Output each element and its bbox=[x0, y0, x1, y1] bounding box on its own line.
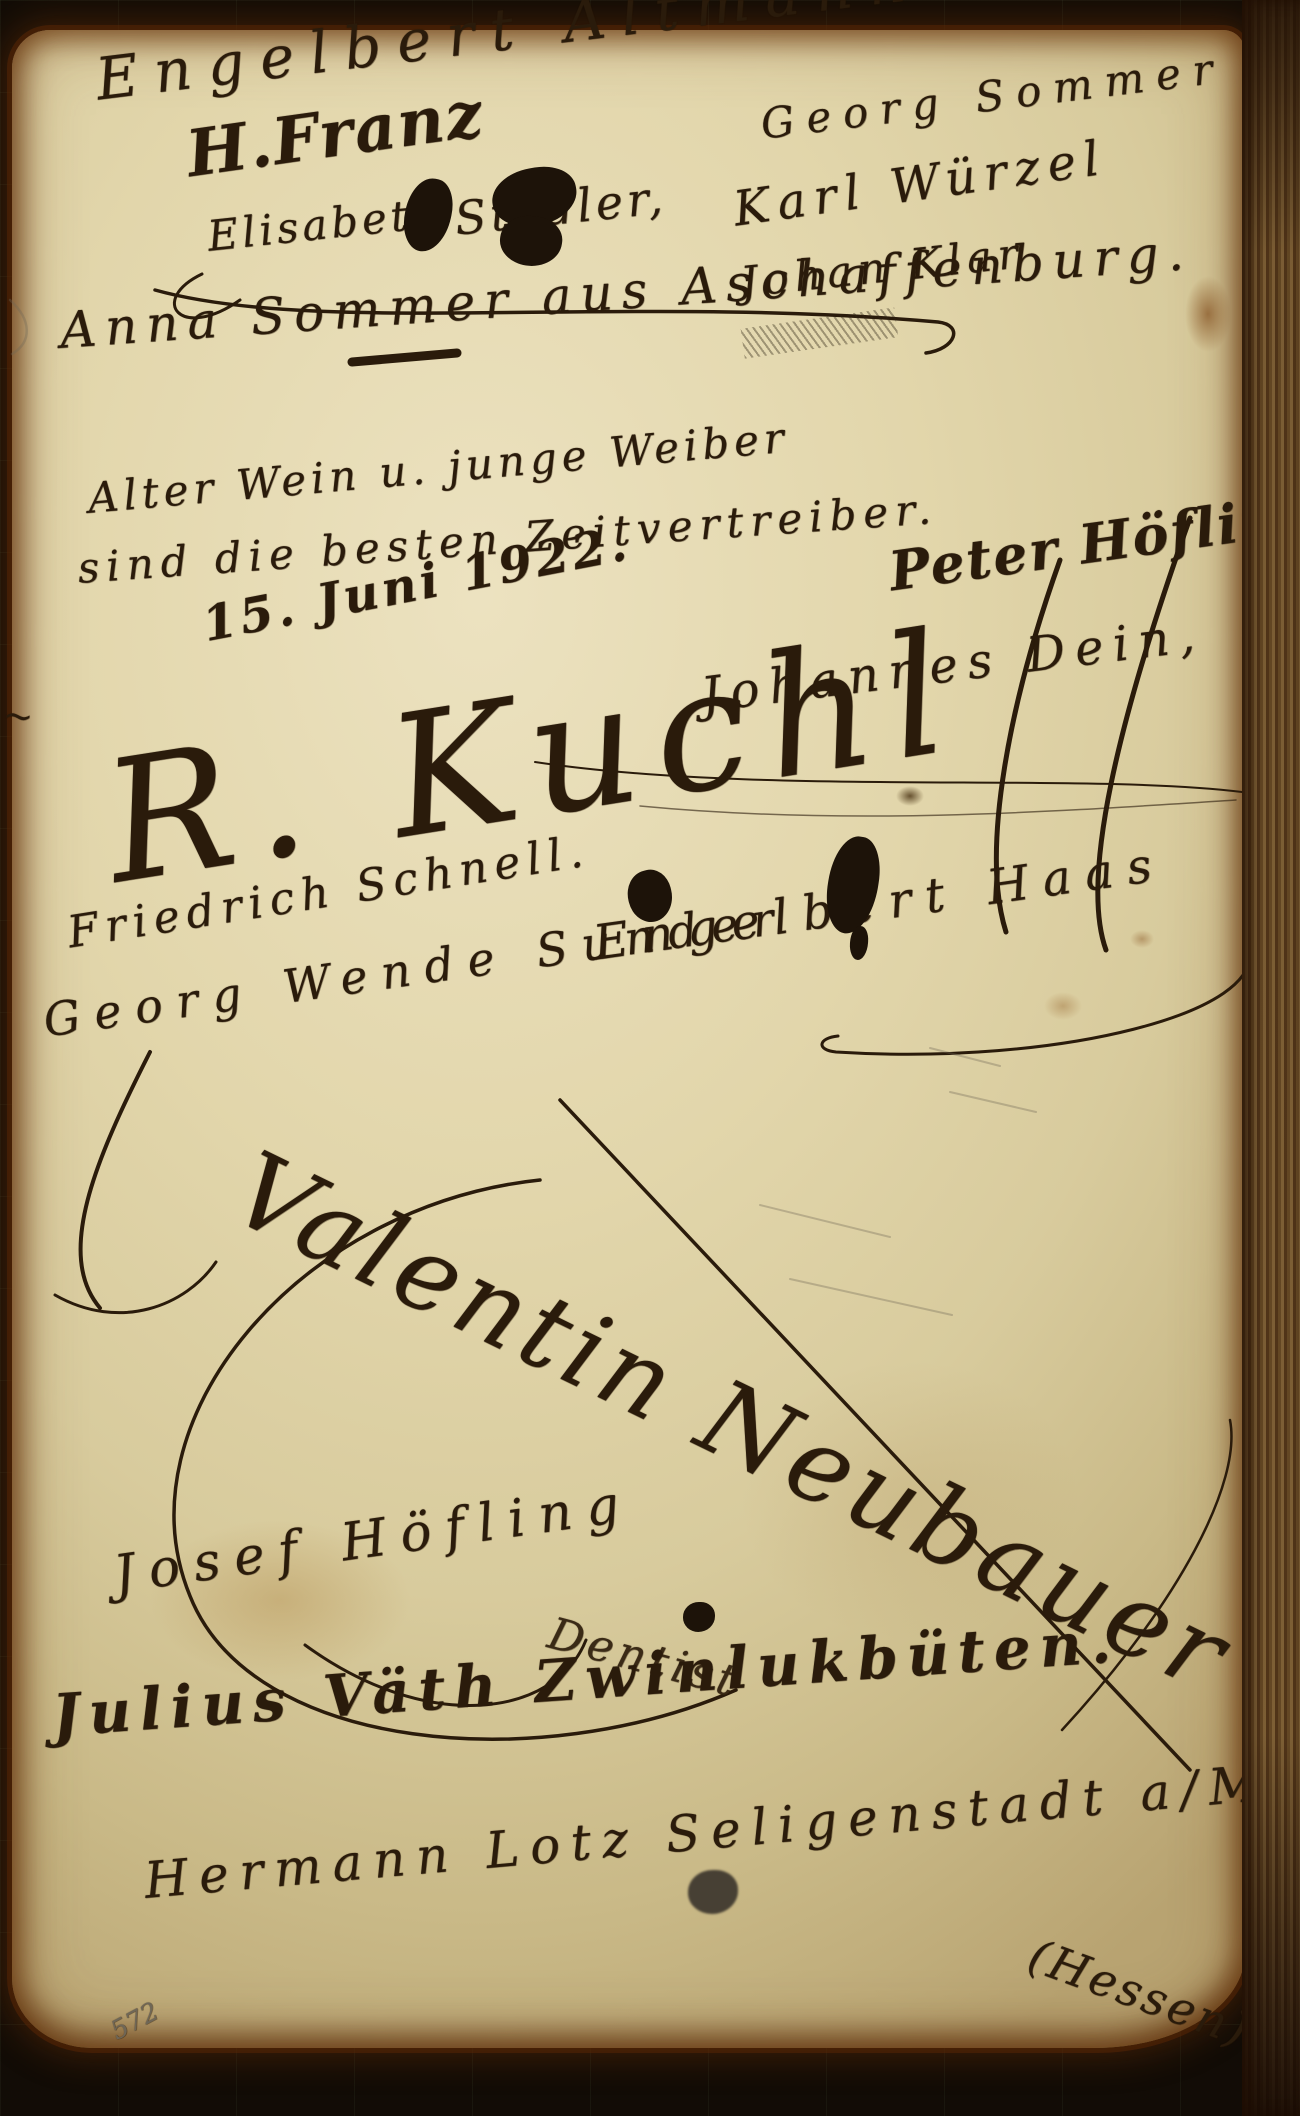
wende-descender bbox=[81, 1052, 150, 1308]
neubauer-grand-loop bbox=[174, 1180, 736, 1739]
book-page-stack-edge bbox=[1242, 0, 1300, 2116]
pencil-scribble-2 bbox=[930, 1048, 1036, 1112]
hoefling-dentist-loop bbox=[305, 1640, 586, 1705]
ink-flourish-overlay bbox=[0, 0, 1300, 2116]
haas-flourish bbox=[822, 948, 1249, 1054]
photograph-of-guestbook-page: Engelbert AltmannGeorg SommerH.FranzElis… bbox=[0, 0, 1300, 2116]
page-curl-mark bbox=[10, 300, 27, 354]
franz-thick-dash bbox=[352, 353, 457, 362]
big-sig-ascender-2 bbox=[1098, 518, 1190, 950]
vaeth-tail-flourish bbox=[1062, 1420, 1231, 1730]
altmann-underline bbox=[155, 290, 954, 353]
pencil-scribble-1 bbox=[760, 1205, 952, 1315]
big-sig-ascender-1 bbox=[996, 560, 1060, 932]
dein-underline-1 bbox=[535, 762, 1242, 792]
dein-underline-2 bbox=[640, 800, 1236, 816]
wende-cross-stroke bbox=[55, 1262, 216, 1313]
neubauer-cross-diagonal bbox=[560, 1100, 1190, 1770]
